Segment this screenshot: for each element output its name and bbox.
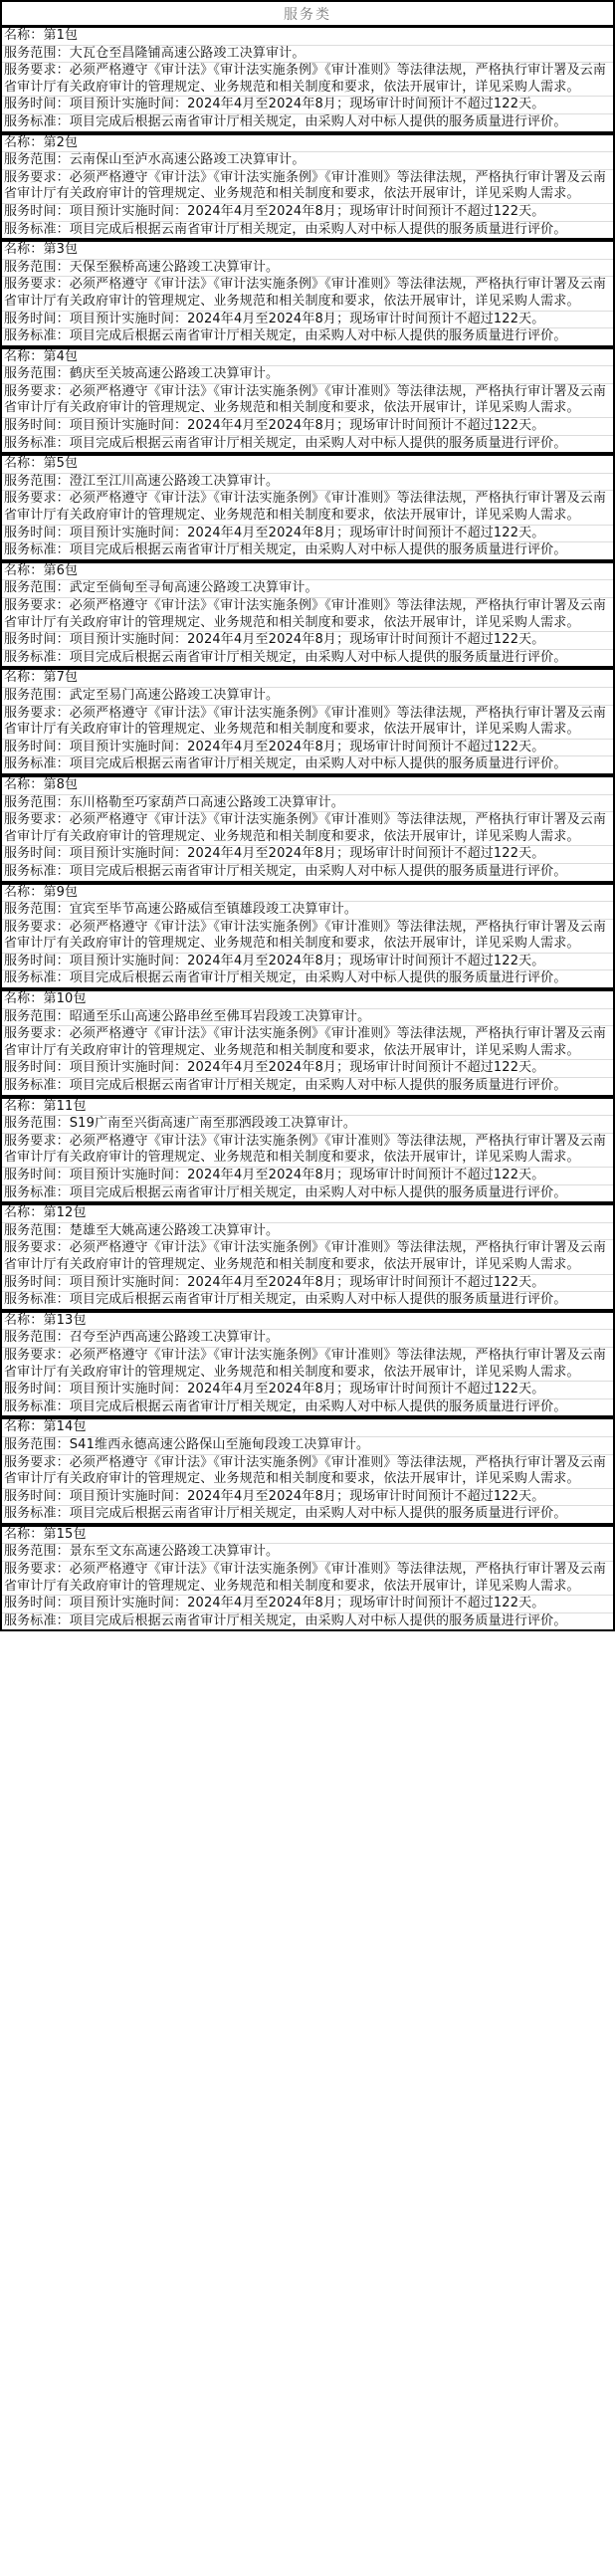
- service-requirements-row: 服务要求：必须严格遵守《审计法》《审计法实施条例》《审计准则》等法律法规，严格执…: [2, 812, 613, 846]
- requirements-label: 服务要求：: [4, 1134, 70, 1149]
- standard-label: 服务标准：: [4, 436, 70, 451]
- service-scope-row: 服务范围：大瓦仓至昌隆铺高速公路竣工决算审计。: [2, 46, 613, 64]
- package-name: 第6包: [43, 563, 78, 578]
- package-name: 第15包: [43, 1527, 86, 1542]
- service-scope: 云南保山至泸水高速公路竣工决算审计。: [70, 152, 306, 167]
- time-label: 服务时间：: [4, 1275, 70, 1290]
- service-scope: 东川格勒至巧家葫芦口高速公路竣工决算审计。: [70, 795, 344, 810]
- package-name: 第10包: [43, 991, 86, 1006]
- standard-label: 服务标准：: [4, 1292, 70, 1307]
- scope-label: 服务范围：: [4, 260, 70, 275]
- service-requirements: 必须严格遵守《审计法》《审计法实施条例》《审计准则》等法律法规，严格执行审计署及…: [4, 1348, 606, 1380]
- service-time: 项目预计实施时间：2024年4月至2024年8月；现场审计时间预计不超过122天…: [70, 526, 545, 540]
- service-scope-row: 服务范围：武定至倘甸至寻甸高速公路竣工决算审计。: [2, 580, 613, 598]
- service-standard-row: 服务标准：项目完成后根据云南省审计厅相关规定，由采购人对中标人提供的服务质量进行…: [2, 1399, 613, 1416]
- package-name-row: 名称：第3包: [2, 242, 613, 260]
- service-time: 项目预计实施时间：2024年4月至2024年8月；现场审计时间预计不超过122天…: [70, 1382, 545, 1396]
- service-standard: 项目完成后根据云南省审计厅相关规定，由采购人对中标人提供的服务质量进行评价。: [70, 542, 567, 557]
- service-scope-row: 服务范围：宜宾至毕节高速公路威信至镇雄段竣工决算审计。: [2, 902, 613, 920]
- service-time: 项目预计实施时间：2024年4月至2024年8月；现场审计时间预计不超过122天…: [70, 846, 545, 861]
- service-requirements: 必须严格遵守《审计法》《审计法实施条例》《审计准则》等法律法规，严格执行审计署及…: [4, 1562, 606, 1594]
- service-standard-row: 服务标准：项目完成后根据云南省审计厅相关规定，由采购人对中标人提供的服务质量进行…: [2, 756, 613, 773]
- package-name: 第2包: [43, 135, 78, 150]
- service-requirements: 必须严格遵守《审计法》《审计法实施条例》《审计准则》等法律法规，严格执行审计署及…: [4, 1240, 606, 1272]
- time-label: 服务时间：: [4, 526, 70, 540]
- name-label: 名称：: [4, 242, 43, 257]
- scope-label: 服务范围：: [4, 795, 70, 810]
- service-requirements: 必须严格遵守《审计法》《审计法实施条例》《审计准则》等法律法规，严格执行审计署及…: [4, 812, 606, 844]
- service-time-row: 服务时间：项目预计实施时间：2024年4月至2024年8月；现场审计时间预计不超…: [2, 1168, 613, 1185]
- service-scope: 澄江至江川高速公路竣工决算审计。: [70, 474, 279, 489]
- package-block-11: 名称：第11包 服务范围：S19广南至兴街高速广南至那洒段竣工决算审计。 服务要…: [0, 1097, 615, 1204]
- scope-label: 服务范围：: [4, 902, 70, 917]
- package-name-row: 名称：第8包: [2, 777, 613, 795]
- service-scope-row: 服务范围：景东至文东高速公路竣工决算审计。: [2, 1544, 613, 1562]
- time-label: 服务时间：: [4, 312, 70, 326]
- service-time-row: 服务时间：项目预计实施时间：2024年4月至2024年8月；现场审计时间预计不超…: [2, 846, 613, 864]
- service-standard: 项目完成后根据云南省审计厅相关规定，由采购人对中标人提供的服务质量进行评价。: [70, 1399, 567, 1414]
- package-block-8: 名称：第8包 服务范围：东川格勒至巧家葫芦口高速公路竣工决算审计。 服务要求：必…: [0, 775, 615, 883]
- service-scope: 昭通至乐山高速公路串丝至佛耳岩段竣工决算审计。: [70, 1009, 370, 1024]
- service-standard: 项目完成后根据云南省审计厅相关规定，由采购人对中标人提供的服务质量进行评价。: [70, 970, 567, 985]
- service-standard-row: 服务标准：项目完成后根据云南省审计厅相关规定，由采购人对中标人提供的服务质量进行…: [2, 222, 613, 239]
- scope-label: 服务范围：: [4, 46, 70, 61]
- service-standard: 项目完成后根据云南省审计厅相关规定，由采购人对中标人提供的服务质量进行评价。: [70, 1185, 567, 1200]
- package-block-5: 名称：第5包 服务范围：澄江至江川高速公路竣工决算审计。 服务要求：必须严格遵守…: [0, 454, 615, 561]
- service-requirements: 必须严格遵守《审计法》《审计法实施条例》《审计准则》等法律法规，严格执行审计署及…: [4, 706, 606, 738]
- service-requirements: 必须严格遵守《审计法》《审计法实施条例》《审计准则》等法律法规，严格执行审计署及…: [4, 63, 606, 95]
- package-name: 第4包: [43, 349, 78, 364]
- scope-label: 服务范围：: [4, 1330, 70, 1345]
- package-list: 名称：第1包 服务范围：大瓦仓至昌隆铺高速公路竣工决算审计。 服务要求：必须严格…: [0, 28, 615, 1631]
- scope-label: 服务范围：: [4, 1009, 70, 1024]
- standard-label: 服务标准：: [4, 1506, 70, 1521]
- requirements-label: 服务要求：: [4, 1240, 70, 1255]
- service-requirements-row: 服务要求：必须严格遵守《审计法》《审计法实施条例》《审计准则》等法律法规，严格执…: [2, 277, 613, 311]
- package-block-6: 名称：第6包 服务范围：武定至倘甸至寻甸高速公路竣工决算审计。 服务要求：必须严…: [0, 561, 615, 669]
- package-name-row: 名称：第7包: [2, 670, 613, 688]
- service-requirements: 必须严格遵守《审计法》《审计法实施条例》《审计准则》等法律法规，严格执行审计署及…: [4, 384, 606, 416]
- service-time-row: 服务时间：项目预计实施时间：2024年4月至2024年8月；现场审计时间预计不超…: [2, 1275, 613, 1293]
- service-standard-row: 服务标准：项目完成后根据云南省审计厅相关规定，由采购人对中标人提供的服务质量进行…: [2, 114, 613, 131]
- service-scope: 大瓦仓至昌隆铺高速公路竣工决算审计。: [70, 46, 306, 61]
- time-label: 服务时间：: [4, 740, 70, 754]
- service-requirements-row: 服务要求：必须严格遵守《审计法》《审计法实施条例》《审计准则》等法律法规，严格执…: [2, 384, 613, 418]
- service-time-row: 服务时间：项目预计实施时间：2024年4月至2024年8月；现场审计时间预计不超…: [2, 954, 613, 971]
- service-scope: 武定至倘甸至寻甸高速公路竣工决算审计。: [70, 580, 318, 595]
- scope-label: 服务范围：: [4, 1223, 70, 1238]
- package-name-row: 名称：第2包: [2, 135, 613, 153]
- package-name-row: 名称：第12包: [2, 1205, 613, 1223]
- scope-label: 服务范围：: [4, 1116, 70, 1131]
- package-name-row: 名称：第6包: [2, 563, 613, 581]
- service-requirements-row: 服务要求：必须严格遵守《审计法》《审计法实施条例》《审计准则》等法律法规，严格执…: [2, 1240, 613, 1274]
- service-standard-row: 服务标准：项目完成后根据云南省审计厅相关规定，由采购人对中标人提供的服务质量进行…: [2, 542, 613, 559]
- service-standard-row: 服务标准：项目完成后根据云南省审计厅相关规定，由采购人对中标人提供的服务质量进行…: [2, 864, 613, 881]
- package-name-row: 名称：第13包: [2, 1313, 613, 1331]
- package-block-7: 名称：第7包 服务范围：武定至易门高速公路竣工决算审计。 服务要求：必须严格遵守…: [0, 668, 615, 775]
- name-label: 名称：: [4, 1313, 43, 1328]
- header-title: 服务类: [284, 4, 331, 24]
- service-scope: 天保至猴桥高速公路竣工决算审计。: [70, 260, 279, 275]
- standard-label: 服务标准：: [4, 1078, 70, 1093]
- requirements-label: 服务要求：: [4, 1026, 70, 1041]
- service-time: 项目预计实施时间：2024年4月至2024年8月；现场审计时间预计不超过122天…: [70, 632, 545, 647]
- service-standard: 项目完成后根据云南省审计厅相关规定，由采购人对中标人提供的服务质量进行评价。: [70, 1613, 567, 1628]
- scope-label: 服务范围：: [4, 474, 70, 489]
- time-label: 服务时间：: [4, 1382, 70, 1396]
- service-standard: 项目完成后根据云南省审计厅相关规定，由采购人对中标人提供的服务质量进行评价。: [70, 1506, 567, 1521]
- name-label: 名称：: [4, 670, 43, 685]
- requirements-label: 服务要求：: [4, 1455, 70, 1470]
- service-scope-row: 服务范围：武定至易门高速公路竣工决算审计。: [2, 688, 613, 706]
- service-scope: 召夸至泸西高速公路竣工决算审计。: [70, 1330, 279, 1345]
- requirements-label: 服务要求：: [4, 384, 70, 399]
- service-requirements: 必须严格遵守《审计法》《审计法实施条例》《审计准则》等法律法规，严格执行审计署及…: [4, 1134, 606, 1166]
- standard-label: 服务标准：: [4, 864, 70, 879]
- service-standard-row: 服务标准：项目完成后根据云南省审计厅相关规定，由采购人对中标人提供的服务质量进行…: [2, 1078, 613, 1095]
- service-time-row: 服务时间：项目预计实施时间：2024年4月至2024年8月；现场审计时间预计不超…: [2, 418, 613, 436]
- scope-label: 服务范围：: [4, 580, 70, 595]
- service-scope-row: 服务范围：召夸至泸西高速公路竣工决算审计。: [2, 1330, 613, 1348]
- service-requirements-row: 服务要求：必须严格遵守《审计法》《审计法实施条例》《审计准则》等法律法规，严格执…: [2, 491, 613, 525]
- standard-label: 服务标准：: [4, 1185, 70, 1200]
- service-table: 服务类 名称：第1包 服务范围：大瓦仓至昌隆铺高速公路竣工决算审计。 服务要求：…: [0, 0, 615, 1631]
- service-time-row: 服务时间：项目预计实施时间：2024年4月至2024年8月；现场审计时间预计不超…: [2, 204, 613, 222]
- service-time: 项目预计实施时间：2024年4月至2024年8月；现场审计时间预计不超过122天…: [70, 1275, 545, 1290]
- package-name-row: 名称：第5包: [2, 456, 613, 474]
- name-label: 名称：: [4, 1419, 43, 1434]
- package-block-10: 名称：第10包 服务范围：昭通至乐山高速公路串丝至佛耳岩段竣工决算审计。 服务要…: [0, 989, 615, 1097]
- package-name-row: 名称：第1包: [2, 28, 613, 46]
- package-block-9: 名称：第9包 服务范围：宜宾至毕节高速公路威信至镇雄段竣工决算审计。 服务要求：…: [0, 883, 615, 990]
- time-label: 服务时间：: [4, 632, 70, 647]
- service-requirements: 必须严格遵守《审计法》《审计法实施条例》《审计准则》等法律法规，严格执行审计署及…: [4, 598, 606, 630]
- requirements-label: 服务要求：: [4, 920, 70, 935]
- service-standard-row: 服务标准：项目完成后根据云南省审计厅相关规定，由采购人对中标人提供的服务质量进行…: [2, 1506, 613, 1523]
- service-standard: 项目完成后根据云南省审计厅相关规定，由采购人对中标人提供的服务质量进行评价。: [70, 436, 567, 451]
- standard-label: 服务标准：: [4, 114, 70, 129]
- time-label: 服务时间：: [4, 1596, 70, 1610]
- time-label: 服务时间：: [4, 1489, 70, 1504]
- service-time: 项目预计实施时间：2024年4月至2024年8月；现场审计时间预计不超过122天…: [70, 740, 545, 754]
- package-name: 第11包: [43, 1099, 86, 1114]
- name-label: 名称：: [4, 1099, 43, 1114]
- requirements-label: 服务要求：: [4, 812, 70, 827]
- service-time: 项目预计实施时间：2024年4月至2024年8月；现场审计时间预计不超过122天…: [70, 954, 545, 968]
- package-name: 第12包: [43, 1205, 86, 1220]
- service-requirements-row: 服务要求：必须严格遵守《审计法》《审计法实施条例》《审计准则》等法律法规，严格执…: [2, 1455, 613, 1489]
- service-requirements: 必须严格遵守《审计法》《审计法实施条例》《审计准则》等法律法规，严格执行审计署及…: [4, 1455, 606, 1487]
- package-block-12: 名称：第12包 服务范围：楚雄至大姚高速公路竣工决算审计。 服务要求：必须严格遵…: [0, 1203, 615, 1311]
- package-name: 第3包: [43, 242, 78, 257]
- standard-label: 服务标准：: [4, 650, 70, 665]
- requirements-label: 服务要求：: [4, 63, 70, 78]
- standard-label: 服务标准：: [4, 1613, 70, 1628]
- service-time: 项目预计实施时间：2024年4月至2024年8月；现场审计时间预计不超过122天…: [70, 97, 545, 111]
- service-time: 项目预计实施时间：2024年4月至2024年8月；现场审计时间预计不超过122天…: [70, 312, 545, 326]
- time-label: 服务时间：: [4, 846, 70, 861]
- service-standard: 项目完成后根据云南省审计厅相关规定，由采购人对中标人提供的服务质量进行评价。: [70, 1292, 567, 1307]
- service-time: 项目预计实施时间：2024年4月至2024年8月；现场审计时间预计不超过122天…: [70, 1060, 545, 1075]
- package-name: 第13包: [43, 1313, 86, 1328]
- service-time-row: 服务时间：项目预计实施时间：2024年4月至2024年8月；现场审计时间预计不超…: [2, 1060, 613, 1078]
- service-requirements-row: 服务要求：必须严格遵守《审计法》《审计法实施条例》《审计准则》等法律法规，严格执…: [2, 1026, 613, 1060]
- service-scope: 鹤庆至关坡高速公路竣工决算审计。: [70, 366, 279, 381]
- time-label: 服务时间：: [4, 1168, 70, 1182]
- standard-label: 服务标准：: [4, 328, 70, 343]
- name-label: 名称：: [4, 991, 43, 1006]
- service-scope-row: 服务范围：云南保山至泸水高速公路竣工决算审计。: [2, 152, 613, 170]
- package-name: 第1包: [43, 28, 78, 43]
- package-name-row: 名称：第4包: [2, 349, 613, 367]
- service-requirements-row: 服务要求：必须严格遵守《审计法》《审计法实施条例》《审计准则》等法律法规，严格执…: [2, 920, 613, 954]
- service-time-row: 服务时间：项目预计实施时间：2024年4月至2024年8月；现场审计时间预计不超…: [2, 1596, 613, 1613]
- service-requirements-row: 服务要求：必须严格遵守《审计法》《审计法实施条例》《审计准则》等法律法规，严格执…: [2, 1562, 613, 1596]
- package-name-row: 名称：第14包: [2, 1419, 613, 1437]
- service-scope-row: 服务范围：昭通至乐山高速公路串丝至佛耳岩段竣工决算审计。: [2, 1009, 613, 1027]
- service-time: 项目预计实施时间：2024年4月至2024年8月；现场审计时间预计不超过122天…: [70, 418, 545, 433]
- service-standard-row: 服务标准：项目完成后根据云南省审计厅相关规定，由采购人对中标人提供的服务质量进行…: [2, 436, 613, 453]
- service-time-row: 服务时间：项目预计实施时间：2024年4月至2024年8月；现场审计时间预计不超…: [2, 312, 613, 329]
- service-time: 项目预计实施时间：2024年4月至2024年8月；现场审计时间预计不超过122天…: [70, 204, 545, 219]
- service-time-row: 服务时间：项目预计实施时间：2024年4月至2024年8月；现场审计时间预计不超…: [2, 1382, 613, 1399]
- time-label: 服务时间：: [4, 954, 70, 968]
- standard-label: 服务标准：: [4, 1399, 70, 1414]
- service-scope: S19广南至兴街高速广南至那洒段竣工决算审计。: [70, 1116, 356, 1131]
- name-label: 名称：: [4, 456, 43, 471]
- service-time-row: 服务时间：项目预计实施时间：2024年4月至2024年8月；现场审计时间预计不超…: [2, 526, 613, 543]
- package-block-1: 名称：第1包 服务范围：大瓦仓至昌隆铺高速公路竣工决算审计。 服务要求：必须严格…: [0, 28, 615, 133]
- package-name-row: 名称：第9包: [2, 885, 613, 903]
- service-requirements-row: 服务要求：必须严格遵守《审计法》《审计法实施条例》《审计准则》等法律法规，严格执…: [2, 598, 613, 632]
- requirements-label: 服务要求：: [4, 1348, 70, 1363]
- name-label: 名称：: [4, 563, 43, 578]
- scope-label: 服务范围：: [4, 1544, 70, 1559]
- service-standard-row: 服务标准：项目完成后根据云南省审计厅相关规定，由采购人对中标人提供的服务质量进行…: [2, 1292, 613, 1309]
- service-requirements-row: 服务要求：必须严格遵守《审计法》《审计法实施条例》《审计准则》等法律法规，严格执…: [2, 170, 613, 204]
- scope-label: 服务范围：: [4, 366, 70, 381]
- service-scope-row: 服务范围：楚雄至大姚高速公路竣工决算审计。: [2, 1223, 613, 1241]
- service-standard: 项目完成后根据云南省审计厅相关规定，由采购人对中标人提供的服务质量进行评价。: [70, 650, 567, 665]
- package-block-13: 名称：第13包 服务范围：召夸至泸西高速公路竣工决算审计。 服务要求：必须严格遵…: [0, 1311, 615, 1418]
- package-block-4: 名称：第4包 服务范围：鹤庆至关坡高速公路竣工决算审计。 服务要求：必须严格遵守…: [0, 347, 615, 455]
- service-requirements: 必须严格遵守《审计法》《审计法实施条例》《审计准则》等法律法规，严格执行审计署及…: [4, 920, 606, 952]
- standard-label: 服务标准：: [4, 542, 70, 557]
- service-time: 项目预计实施时间：2024年4月至2024年8月；现场审计时间预计不超过122天…: [70, 1596, 545, 1610]
- service-standard-row: 服务标准：项目完成后根据云南省审计厅相关规定，由采购人对中标人提供的服务质量进行…: [2, 1613, 613, 1630]
- package-block-14: 名称：第14包 服务范围：S41维西永德高速公路保山至施甸段竣工决算审计。 服务…: [0, 1417, 615, 1525]
- service-standard-row: 服务标准：项目完成后根据云南省审计厅相关规定，由采购人对中标人提供的服务质量进行…: [2, 970, 613, 987]
- service-requirements: 必须严格遵守《审计法》《审计法实施条例》《审计准则》等法律法规，严格执行审计署及…: [4, 170, 606, 202]
- name-label: 名称：: [4, 1527, 43, 1542]
- requirements-label: 服务要求：: [4, 170, 70, 185]
- service-standard: 项目完成后根据云南省审计厅相关规定，由采购人对中标人提供的服务质量进行评价。: [70, 222, 567, 237]
- service-requirements-row: 服务要求：必须严格遵守《审计法》《审计法实施条例》《审计准则》等法律法规，严格执…: [2, 1134, 613, 1168]
- service-time-row: 服务时间：项目预计实施时间：2024年4月至2024年8月；现场审计时间预计不超…: [2, 740, 613, 757]
- service-scope: 宜宾至毕节高速公路威信至镇雄段竣工决算审计。: [70, 902, 357, 917]
- service-time: 项目预计实施时间：2024年4月至2024年8月；现场审计时间预计不超过122天…: [70, 1168, 545, 1182]
- scope-label: 服务范围：: [4, 152, 70, 167]
- package-name-row: 名称：第10包: [2, 991, 613, 1009]
- service-requirements-row: 服务要求：必须严格遵守《审计法》《审计法实施条例》《审计准则》等法律法规，严格执…: [2, 706, 613, 740]
- package-block-2: 名称：第2包 服务范围：云南保山至泸水高速公路竣工决算审计。 服务要求：必须严格…: [0, 133, 615, 241]
- service-requirements: 必须严格遵守《审计法》《审计法实施条例》《审计准则》等法律法规，严格执行审计署及…: [4, 491, 606, 523]
- service-requirements: 必须严格遵守《审计法》《审计法实施条例》《审计准则》等法律法规，严格执行审计署及…: [4, 1026, 606, 1058]
- time-label: 服务时间：: [4, 204, 70, 219]
- requirements-label: 服务要求：: [4, 706, 70, 721]
- time-label: 服务时间：: [4, 1060, 70, 1075]
- service-requirements: 必须严格遵守《审计法》《审计法实施条例》《审计准则》等法律法规，严格执行审计署及…: [4, 277, 606, 309]
- package-name: 第8包: [43, 777, 78, 792]
- package-name-row: 名称：第11包: [2, 1099, 613, 1117]
- time-label: 服务时间：: [4, 418, 70, 433]
- service-standard: 项目完成后根据云南省审计厅相关规定，由采购人对中标人提供的服务质量进行评价。: [70, 1078, 567, 1093]
- service-standard: 项目完成后根据云南省审计厅相关规定，由采购人对中标人提供的服务质量进行评价。: [70, 756, 567, 771]
- service-standard: 项目完成后根据云南省审计厅相关规定，由采购人对中标人提供的服务质量进行评价。: [70, 114, 567, 129]
- service-scope-row: 服务范围：S19广南至兴街高速广南至那洒段竣工决算审计。: [2, 1116, 613, 1134]
- requirements-label: 服务要求：: [4, 277, 70, 292]
- scope-label: 服务范围：: [4, 688, 70, 703]
- package-block-15: 名称：第15包 服务范围：景东至文东高速公路竣工决算审计。 服务要求：必须严格遵…: [0, 1525, 615, 1632]
- standard-label: 服务标准：: [4, 970, 70, 985]
- service-time-row: 服务时间：项目预计实施时间：2024年4月至2024年8月；现场审计时间预计不超…: [2, 1489, 613, 1507]
- name-label: 名称：: [4, 28, 43, 43]
- service-scope-row: 服务范围：S41维西永德高速公路保山至施甸段竣工决算审计。: [2, 1437, 613, 1455]
- service-scope: S41维西永德高速公路保山至施甸段竣工决算审计。: [70, 1437, 369, 1452]
- service-standard-row: 服务标准：项目完成后根据云南省审计厅相关规定，由采购人对中标人提供的服务质量进行…: [2, 328, 613, 345]
- standard-label: 服务标准：: [4, 222, 70, 237]
- service-standard: 项目完成后根据云南省审计厅相关规定，由采购人对中标人提供的服务质量进行评价。: [70, 328, 567, 343]
- scope-label: 服务范围：: [4, 1437, 70, 1452]
- service-time-row: 服务时间：项目预计实施时间：2024年4月至2024年8月；现场审计时间预计不超…: [2, 632, 613, 650]
- service-time: 项目预计实施时间：2024年4月至2024年8月；现场审计时间预计不超过122天…: [70, 1489, 545, 1504]
- service-standard-row: 服务标准：项目完成后根据云南省审计厅相关规定，由采购人对中标人提供的服务质量进行…: [2, 650, 613, 667]
- time-label: 服务时间：: [4, 97, 70, 111]
- table-header: 服务类: [0, 0, 615, 28]
- name-label: 名称：: [4, 135, 43, 150]
- package-block-3: 名称：第3包 服务范围：天保至猴桥高速公路竣工决算审计。 服务要求：必须严格遵守…: [0, 240, 615, 347]
- standard-label: 服务标准：: [4, 756, 70, 771]
- service-scope: 武定至易门高速公路竣工决算审计。: [70, 688, 279, 703]
- package-name-row: 名称：第15包: [2, 1527, 613, 1545]
- service-scope: 景东至文东高速公路竣工决算审计。: [70, 1544, 279, 1559]
- service-scope-row: 服务范围：澄江至江川高速公路竣工决算审计。: [2, 474, 613, 492]
- service-requirements-row: 服务要求：必须严格遵守《审计法》《审计法实施条例》《审计准则》等法律法规，严格执…: [2, 63, 613, 97]
- package-name: 第5包: [43, 456, 78, 471]
- service-standard-row: 服务标准：项目完成后根据云南省审计厅相关规定，由采购人对中标人提供的服务质量进行…: [2, 1185, 613, 1202]
- service-requirements-row: 服务要求：必须严格遵守《审计法》《审计法实施条例》《审计准则》等法律法规，严格执…: [2, 1348, 613, 1382]
- requirements-label: 服务要求：: [4, 491, 70, 506]
- requirements-label: 服务要求：: [4, 598, 70, 613]
- package-name: 第14包: [43, 1419, 86, 1434]
- service-time-row: 服务时间：项目预计实施时间：2024年4月至2024年8月；现场审计时间预计不超…: [2, 97, 613, 114]
- package-name: 第9包: [43, 885, 78, 900]
- service-scope-row: 服务范围：东川格勒至巧家葫芦口高速公路竣工决算审计。: [2, 795, 613, 813]
- name-label: 名称：: [4, 349, 43, 364]
- name-label: 名称：: [4, 885, 43, 900]
- service-scope-row: 服务范围：鹤庆至关坡高速公路竣工决算审计。: [2, 366, 613, 384]
- package-name: 第7包: [43, 670, 78, 685]
- service-scope: 楚雄至大姚高速公路竣工决算审计。: [70, 1223, 279, 1238]
- requirements-label: 服务要求：: [4, 1562, 70, 1577]
- service-standard: 项目完成后根据云南省审计厅相关规定，由采购人对中标人提供的服务质量进行评价。: [70, 864, 567, 879]
- name-label: 名称：: [4, 1205, 43, 1220]
- name-label: 名称：: [4, 777, 43, 792]
- service-scope-row: 服务范围：天保至猴桥高速公路竣工决算审计。: [2, 260, 613, 278]
